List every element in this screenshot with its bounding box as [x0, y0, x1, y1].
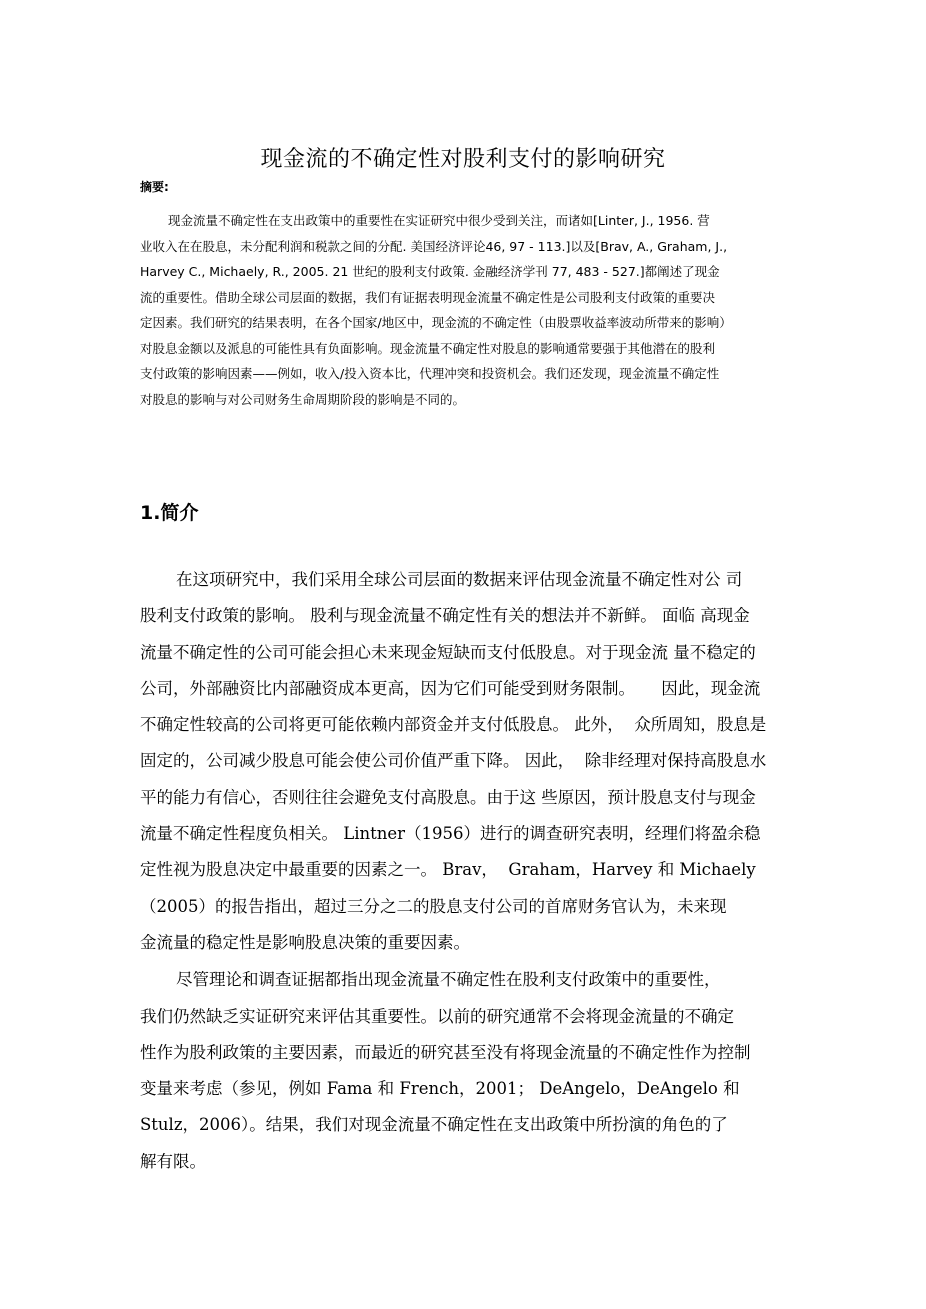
body-line: 性作为股利政策的主要因素，而最近的研究甚至没有将现金流量的不确定性作为控制	[140, 1035, 820, 1071]
document-page: 现金流的不确定性对股利支付的影响研究 摘要: 现金流量不确定性在支出政策中的重要…	[0, 0, 926, 1309]
body-line: 定性视为股息决定中最重要的因素之一。 Brav， Graham，Harvey 和…	[140, 852, 820, 888]
paper-title: 现金流的不确定性对股利支付的影响研究	[0, 145, 926, 175]
body-line: 不确定性较高的公司将更可能依赖内部资金并支付低股息。 此外， 众所周知，股息是	[140, 707, 820, 743]
abstract-line: 定因素。我们研究的结果表明，在各个国家/地区中，现金流的不确定性（由股票收益率波…	[140, 310, 820, 336]
section-body: 在这项研究中，我们采用全球公司层面的数据来评估现金流量不确定性对公 司 股利支付…	[140, 562, 820, 1180]
abstract-line: 现金流量不确定性在支出政策中的重要性在实证研究中很少受到关注，而诸如[Linte…	[140, 208, 820, 234]
body-line: 解有限。	[140, 1144, 820, 1180]
body-line: 流量不确定性程度负相关。 Lintner（1956）进行的调查研究表明，经理们将…	[140, 816, 820, 852]
abstract-label: 摘要:	[140, 178, 169, 195]
body-line: 在这项研究中，我们采用全球公司层面的数据来评估现金流量不确定性对公 司	[140, 562, 820, 598]
body-line: 流量不确定性的公司可能会担心未来现金短缺而支付低股息。对于现金流 量不稳定的	[140, 635, 820, 671]
abstract-line: 对股息的影响与对公司财务生命周期阶段的影响是不同的。	[140, 387, 820, 413]
abstract-body: 现金流量不确定性在支出政策中的重要性在实证研究中很少受到关注，而诸如[Linte…	[140, 208, 820, 412]
abstract-line: 流的重要性。借助全球公司层面的数据，我们有证据表明现金流量不确定性是公司股利支付…	[140, 285, 820, 311]
abstract-line: 对股息金额以及派息的可能性具有负面影响。现金流量不确定性对股息的影响通常要强于其…	[140, 336, 820, 362]
body-line: Stulz，2006）。结果，我们对现金流量不确定性在支出政策中所扮演的角色的了	[140, 1107, 820, 1143]
abstract-line: Harvey C., Michaely, R., 2005. 21 世纪的股利支…	[140, 259, 820, 285]
body-line: 公司，外部融资比内部融资成本更高，因为它们可能受到财务限制。 因此，现金流	[140, 671, 820, 707]
body-line: 尽管理论和调查证据都指出现金流量不确定性在股利支付政策中的重要性，	[140, 962, 820, 998]
body-line: 我们仍然缺乏实证研究来评估其重要性。以前的研究通常不会将现金流量的不确定	[140, 999, 820, 1035]
abstract-line: 支付政策的影响因素——例如，收入/投入资本比，代理冲突和投资机会。我们还发现，现…	[140, 361, 820, 387]
section-heading-introduction: 1.简介	[140, 498, 198, 525]
body-line: （2005）的报告指出，超过三分之二的股息支付公司的首席财务官认为，未来现	[140, 889, 820, 925]
body-line: 股利支付政策的影响。 股利与现金流量不确定性有关的想法并不新鲜。 面临 高现金	[140, 598, 820, 634]
body-line: 固定的，公司减少股息可能会使公司价值严重下降。 因此， 除非经理对保持高股息水	[140, 743, 820, 779]
body-line: 金流量的稳定性是影响股息决策的重要因素。	[140, 925, 820, 961]
body-line: 平的能力有信心，否则往往会避免支付高股息。由于这 些原因，预计股息支付与现金	[140, 780, 820, 816]
abstract-line: 业收入在在股息，未分配利润和税款之间的分配. 美国经济评论46, 97 - 11…	[140, 234, 820, 260]
body-line: 变量来考虑（参见，例如 Fama 和 French，2001； DeAngelo…	[140, 1071, 820, 1107]
